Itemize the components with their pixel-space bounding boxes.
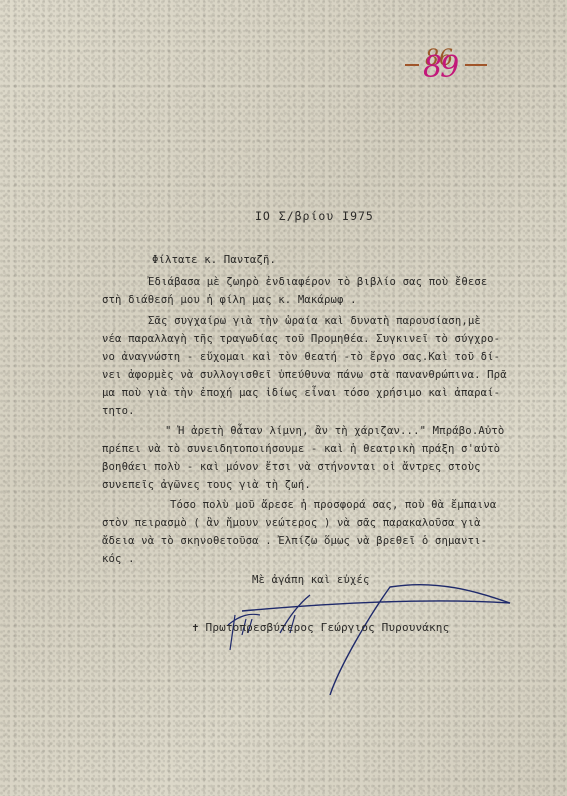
body-line: συνεπεῖς ἀγῶνες τους γιὰ τὴ ζωή. <box>102 479 311 491</box>
body-line: Σᾶς συγχαίρω γιὰ τὴν ὡραία καὶ δυνατὴ πα… <box>148 315 481 327</box>
body-line: πρέπει νὰ τὸ συνειδητοποιήσουμε - καὶ ἡ … <box>102 443 500 455</box>
body-line: Τόσο πολὺ μοῦ ἄρεσε ἡ προσφορά σας, ποὺ … <box>170 499 496 511</box>
body-line: νέα παραλλαγὴ τῆς τραγωδίας τοῦ Προμηθέα… <box>102 333 500 345</box>
body-line: νει ἀφορμὲς νὰ συλλογισθεῖ ὑπεύθυνα πάνω… <box>102 369 507 381</box>
body-line: μα ποὺ γιὰ τὴν ἐποχή μας ἰδίως εἶναι τόσ… <box>102 387 500 399</box>
body-line: " Ἡ ἀρετὴ θἆταν λίμνη, ἂν τὴ χάριζαν..."… <box>165 425 504 437</box>
letter-date: IO Σ/βρίου I975 <box>255 209 374 223</box>
body-line: βοηθάει πολὺ - καὶ μόνον ἔτσι νὰ στήνοντ… <box>102 461 481 473</box>
body-line: νο ἀναγνώστη - εὔχομαι καὶ τὸν θεατή -τὸ… <box>102 351 500 363</box>
body-line: στὸν πειρασμὸ ( ἂν ἤμουν νεώτερος ) νὰ σ… <box>102 517 481 529</box>
body-line: τητο. <box>102 405 135 417</box>
page-number-annotation: 86 89 <box>405 42 495 92</box>
page-number-dash-right <box>465 64 487 66</box>
body-line: στὴ διάθεσή μου ἡ φίλη μας κ. Μακάρωφ . <box>102 294 357 306</box>
page-number-dash-left <box>405 64 419 66</box>
handwritten-signature <box>220 575 520 695</box>
signatory-name: ✝ Πρωτοπρεσβύτερος Γεώργιος Πυρουνάκης <box>192 621 449 634</box>
body-line: Ἐδιάβασα μὲ ζωηρὸ ἐνδιαφέρον τὸ βιβλίο σ… <box>148 276 487 288</box>
page-number-current: 89 <box>423 50 457 85</box>
letter-salutation: Φίλτατε κ. Πανταζῆ. <box>152 254 276 266</box>
body-line: κός . <box>102 553 135 565</box>
letter-closing: Μὲ ἀγάπη καὶ εὐχές <box>252 574 370 586</box>
body-line: ἄδεια νὰ τὸ σκηνοθετοῦσα . Ἐλπίζω ὅμως ν… <box>102 535 487 547</box>
